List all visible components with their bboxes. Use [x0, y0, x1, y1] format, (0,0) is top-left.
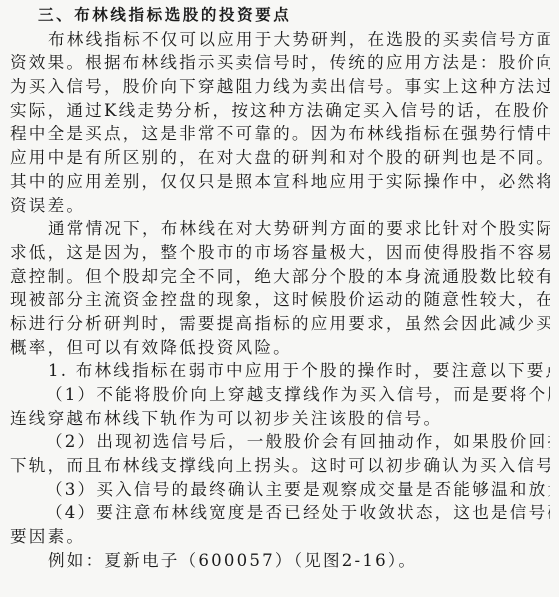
paragraph-line: 布林线指标不仅可以应用于大势研判，在选股的买卖信号方面也有良好的投	[10, 28, 550, 52]
paragraph-line: 概率，但可以有效降低投资风险。	[10, 336, 550, 360]
point-2: （2）出现初选信号后，一般股价会有回抽动作，如果股价回抽不有效击穿 下轨，而且布…	[10, 430, 550, 477]
point-line: 连线穿越布林线下轨作为可以初步关注该股的信号。	[10, 407, 550, 431]
paragraph-line: 其中的应用差别，仅仅只是照本宣科地应用于实际操作中，必然将出现一定的投	[10, 170, 550, 194]
paragraph-line: 通常情况下，布林线在对大势研判方面的要求比针对个股实际操作方面的要	[10, 217, 550, 241]
point-line: （1）不能将股价向上穿越支撑线作为买入信号，而是要将个股的最低价的	[10, 383, 550, 407]
paragraph-line: 资误差。	[10, 194, 550, 218]
paragraph-line: 求低，这是因为，整个股市的市场容量极大，因而使得股指不容易被主流资金随	[10, 241, 550, 265]
paragraph-line: 实际，通过K线走势分析，按这种方法确定买入信号的话，在股价的整个下调过	[10, 99, 550, 123]
point-line: 要因素。	[10, 525, 550, 549]
point-line: （4）要注意布林线宽度是否已经处于收敛状态，这也是信号确认的一个重	[10, 501, 550, 525]
subsection-title: 1. 布林线指标在弱市中应用于个股的操作时，要注意以下要点：	[10, 359, 550, 383]
paragraph-line: 应用中是有所区别的，在对大盘的研判和对个股的研判也是不同。如果不能识别	[10, 146, 550, 170]
paragraph-1: 布林线指标不仅可以应用于大势研判，在选股的买卖信号方面也有良好的投 资效果。根据…	[10, 28, 550, 218]
point-line: 下轨，而且布林线支撑线向上拐头。这时可以初步确认为买入信号。	[10, 454, 550, 478]
document-page: 三、布林线指标选股的投资要点 布林线指标不仅可以应用于大势研判，在选股的买卖信号…	[0, 0, 559, 597]
paragraph-line: 现被部分主流资金控盘的现象，这时候股价运动的随意性较大，在使用布林线指	[10, 288, 550, 312]
point-1: （1）不能将股价向上穿越支撑线作为买入信号，而是要将个股的最低价的 连线穿越布林…	[10, 383, 550, 430]
paragraph-line: 标进行分析研判时，需要提高指标的应用要求，虽然会因此减少买入信号出现的	[10, 312, 550, 336]
paragraph-2: 通常情况下，布林线在对大势研判方面的要求比针对个股实际操作方面的要 求低，这是因…	[10, 217, 550, 359]
paragraph-line: 为买入信号，股价向下穿越阻力线为卖出信号。事实上这种方法过于笼统和不切	[10, 75, 550, 99]
point-line: （3）买入信号的最终确认主要是观察成交量是否能够温和放大。	[10, 478, 550, 502]
point-line: （2）出现初选信号后，一般股价会有回抽动作，如果股价回抽不有效击穿	[10, 430, 550, 454]
point-3: （3）买入信号的最终确认主要是观察成交量是否能够温和放大。	[10, 478, 550, 502]
example-reference: 例如：夏新电子（600057）（见图2-16）。	[10, 549, 550, 573]
point-4: （4）要注意布林线宽度是否已经处于收敛状态，这也是信号确认的一个重 要因素。	[10, 501, 550, 548]
section-heading: 三、布林线指标选股的投资要点	[10, 4, 550, 28]
paragraph-line: 程中全是买点，这是非常不可靠的。因为布林线指标在强势行情中和弱势行情的	[10, 122, 550, 146]
paragraph-line: 意控制。但个股却完全不同，绝大部分个股的本身流通股数比较有限，往往会出	[10, 265, 550, 289]
paragraph-line: 资效果。根据布林线指示买卖信号时，传统的应用方法是：股价向上穿越支撑线	[10, 51, 550, 75]
